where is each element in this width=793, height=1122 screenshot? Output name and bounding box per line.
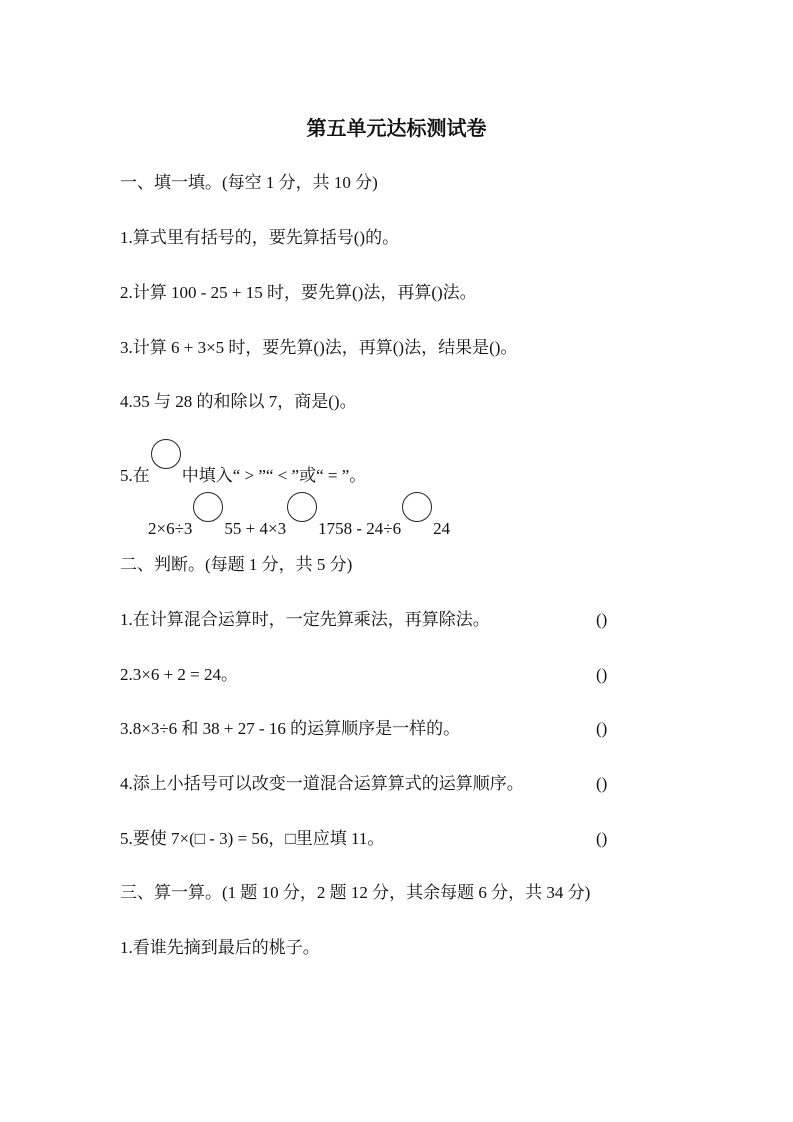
- q5-prefix: 5.在: [120, 466, 150, 485]
- judge-item-2: 2.3×6 + 2 = 24。: [120, 663, 238, 687]
- q5-suffix: 中填入“ > ”“ < ”或“ = ”。: [182, 466, 367, 485]
- section-2-heading: 二、判断。(每题 1 分，共 5 分): [120, 553, 352, 577]
- judge-item-5: 5.要使 7×(□ - 3) = 56，□里应填 11。: [120, 827, 384, 851]
- expr-3-right: 24: [433, 519, 450, 538]
- section-1-heading: 一、填一填。(每空 1 分，共 10 分): [120, 171, 378, 195]
- judge-item-3: 3.8×3÷6 和 38 + 27 - 16 的运算顺序是一样的。: [120, 717, 460, 741]
- judge-answer-3[interactable]: (): [596, 717, 607, 741]
- fill-question-1: 1.算式里有括号的，要先算括号()的。: [120, 226, 399, 250]
- expr-2-right: 1758 - 24÷6: [318, 519, 401, 538]
- fill-question-3: 3.计算 6 + 3×5 时，要先算()法，再算()法，结果是()。: [120, 336, 517, 360]
- judge-answer-2[interactable]: (): [596, 663, 607, 687]
- page-title: 第五单元达标测试卷: [0, 112, 793, 141]
- circle-answer-3[interactable]: [402, 492, 432, 522]
- fill-question-4: 4.35 与 28 的和除以 7，商是()。: [120, 390, 357, 414]
- judge-item-4: 4.添上小括号可以改变一道混合运算算式的运算顺序。: [120, 772, 524, 796]
- expr-1-right: 55 + 4×3: [224, 519, 286, 538]
- calc-question-1: 1.看谁先摘到最后的桃子。: [120, 936, 320, 960]
- circle-answer-2[interactable]: [287, 492, 317, 522]
- fill-question-5: 5.在中填入“ > ”“ < ”或“ = ”。: [120, 449, 366, 488]
- section-3-heading: 三、算一算。(1 题 10 分，2 题 12 分，其余每题 6 分，共 34 分…: [120, 881, 590, 905]
- circle-blank-icon: [151, 439, 181, 469]
- fill-question-2: 2.计算 100 - 25 + 15 时，要先算()法，再算()法。: [120, 281, 477, 305]
- judge-item-1: 1.在计算混合运算时，一定先算乘法，再算除法。: [120, 608, 490, 632]
- comparison-expressions: 2×6÷355 + 4×31758 - 24÷624: [148, 502, 450, 541]
- judge-answer-5[interactable]: (): [596, 827, 607, 851]
- expr-1-left: 2×6÷3: [148, 519, 192, 538]
- judge-answer-4[interactable]: (): [596, 772, 607, 796]
- circle-answer-1[interactable]: [193, 492, 223, 522]
- judge-answer-1[interactable]: (): [596, 608, 607, 632]
